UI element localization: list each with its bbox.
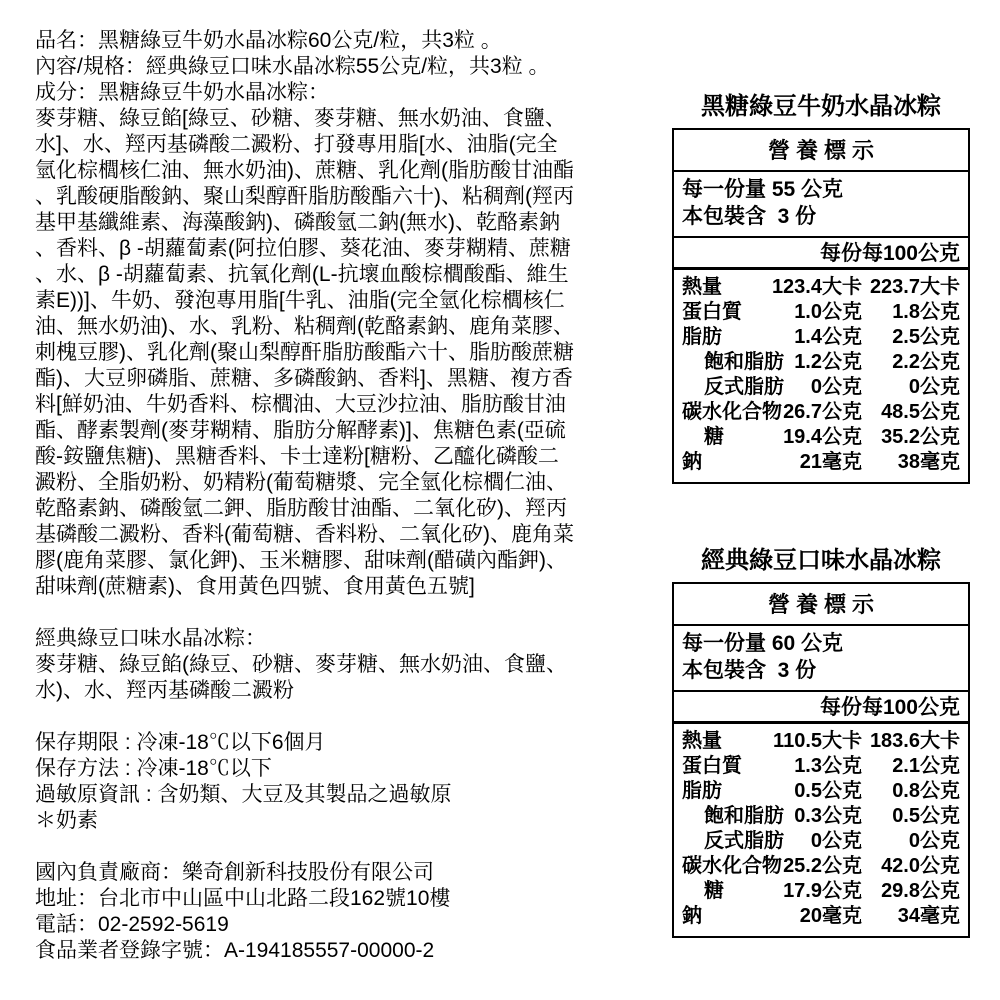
col-per-serving: 每份 [820, 692, 862, 724]
nutrient-row-fat: 脂肪 1.4公克 2.5公克 [674, 325, 968, 350]
nutrition-panel-title: 經典綠豆口味水晶冰粽 [672, 540, 970, 575]
nutrition-facts-table: 營養標示 每一份量 55 公克 本包裝含 3 份 每份 每100公克 熱量 12… [672, 128, 970, 484]
nutrition-panel-classic-mung-bean: 經典綠豆口味水晶冰粽 營養標示 每一份量 60 公克 本包裝含 3 份 每份 每… [672, 540, 970, 938]
nutrient-rows: 熱量 110.5大卡 183.6大卡 蛋白質 1.3公克 2.1公克 脂肪 0.… [674, 724, 968, 936]
col-per-100g: 每100公克 [862, 692, 960, 724]
nutrition-panel-brown-sugar-milk: 黑糖綠豆牛奶水晶冰粽 營養標示 每一份量 55 公克 本包裝含 3 份 每份 每… [672, 86, 970, 484]
nutrient-row-carbohydrate: 碳水化合物 25.2公克 42.0公克 [674, 854, 968, 879]
content-spec-line: 內容/規格：經典綠豆口味水晶冰粽55公克/粒，共3粒 。 [35, 54, 673, 80]
nutrient-row-protein: 蛋白質 1.3公克 2.1公克 [674, 754, 968, 779]
column-header-row: 每份 每100公克 [674, 238, 968, 270]
serving-info-section: 每一份量 55 公克 本包裝含 3 份 [674, 172, 968, 238]
shelf-life-line: 保存期限 : 冷凍-18℃以下6個月 [35, 730, 673, 756]
nutrient-rows: 熱量 123.4大卡 223.7大卡 蛋白質 1.0公克 1.8公克 脂肪 1.… [674, 270, 968, 482]
serving-size-line: 每一份量 55 公克 [682, 176, 960, 203]
ingredients-heading: 成分：黑糖綠豆牛奶水晶冰粽： [35, 80, 673, 106]
spacer [35, 704, 673, 730]
nutrient-row-sodium: 鈉 20毫克 34毫克 [674, 904, 968, 929]
nutrition-facts-header: 營養標示 [674, 584, 968, 626]
nutrient-row-saturated-fat: 飽和脂肪 1.2公克 2.2公克 [674, 350, 968, 375]
allergen-info-line: 過敏原資訊 : 含奶類、大豆及其製品之過敏原 [35, 782, 673, 808]
address-line: 地址：台北市中山區中山北路二段162號10樓 [35, 886, 673, 912]
nutrition-facts-header: 營養標示 [674, 130, 968, 172]
registration-number-line: 食品業者登錄字號：A-194185557-00000-2 [35, 938, 673, 964]
nutrient-row-sodium: 鈉 21毫克 38毫克 [674, 450, 968, 475]
nutrient-row-trans-fat: 反式脂肪 0公克 0公克 [674, 375, 968, 400]
serving-size-line: 每一份量 60 公克 [682, 630, 960, 657]
nutrient-row-fat: 脂肪 0.5公克 0.8公克 [674, 779, 968, 804]
nutrient-row-sugar: 糖 19.4公克 35.2公克 [674, 425, 968, 450]
nutrient-row-sugar: 糖 17.9公克 29.8公克 [674, 879, 968, 904]
nutrient-row-trans-fat: 反式脂肪 0公克 0公克 [674, 829, 968, 854]
product-name-line: 品名：黑糖綠豆牛奶水晶冰粽60公克/粒，共3粒 。 [35, 28, 673, 54]
manufacturer-line: 國內負責廠商：樂奇創新科技股份有限公司 [35, 860, 673, 886]
label-text-column: 品名：黑糖綠豆牛奶水晶冰粽60公克/粒，共3粒 。 內容/規格：經典綠豆口味水晶… [35, 28, 673, 964]
pack-count-line: 本包裝含 3 份 [682, 657, 960, 684]
col-per-serving: 每份 [820, 238, 862, 270]
column-header-row: 每份 每100公克 [674, 692, 968, 724]
nutrient-row-saturated-fat: 飽和脂肪 0.3公克 0.5公克 [674, 804, 968, 829]
diet-note-line: ＊奶素 [35, 808, 673, 834]
col-per-100g: 每100公克 [862, 238, 960, 270]
nutrient-row-protein: 蛋白質 1.0公克 1.8公克 [674, 300, 968, 325]
classic-flavor-heading: 經典綠豆口味水晶冰粽： [35, 626, 673, 652]
pack-count-line: 本包裝含 3 份 [682, 203, 960, 230]
spacer [35, 834, 673, 860]
nutrient-row-calories: 熱量 110.5大卡 183.6大卡 [674, 729, 968, 754]
serving-info-section: 每一份量 60 公克 本包裝含 3 份 [674, 626, 968, 692]
storage-method-line: 保存方法 : 冷凍-18℃以下 [35, 756, 673, 782]
spacer [672, 484, 970, 540]
phone-line: 電話：02-2592-5619 [35, 912, 673, 938]
nutrient-row-carbohydrate: 碳水化合物 26.7公克 48.5公克 [674, 400, 968, 425]
ingredients-list: 麥芽糖、綠豆餡[綠豆、砂糖、麥芽糖、無水奶油、食鹽、 水]、水、羥丙基磷酸二澱粉… [35, 106, 673, 600]
classic-flavor-ingredients: 麥芽糖、綠豆餡(綠豆、砂糖、麥芽糖、無水奶油、食鹽、 水)、水、羥丙基磷酸二澱粉 [35, 652, 673, 704]
nutrition-column: 黑糖綠豆牛奶水晶冰粽 營養標示 每一份量 55 公克 本包裝含 3 份 每份 每… [672, 86, 970, 938]
nutrition-panel-title: 黑糖綠豆牛奶水晶冰粽 [672, 86, 970, 121]
spacer [35, 600, 673, 626]
nutrition-facts-table: 營養標示 每一份量 60 公克 本包裝含 3 份 每份 每100公克 熱量 11… [672, 582, 970, 938]
nutrient-row-calories: 熱量 123.4大卡 223.7大卡 [674, 275, 968, 300]
